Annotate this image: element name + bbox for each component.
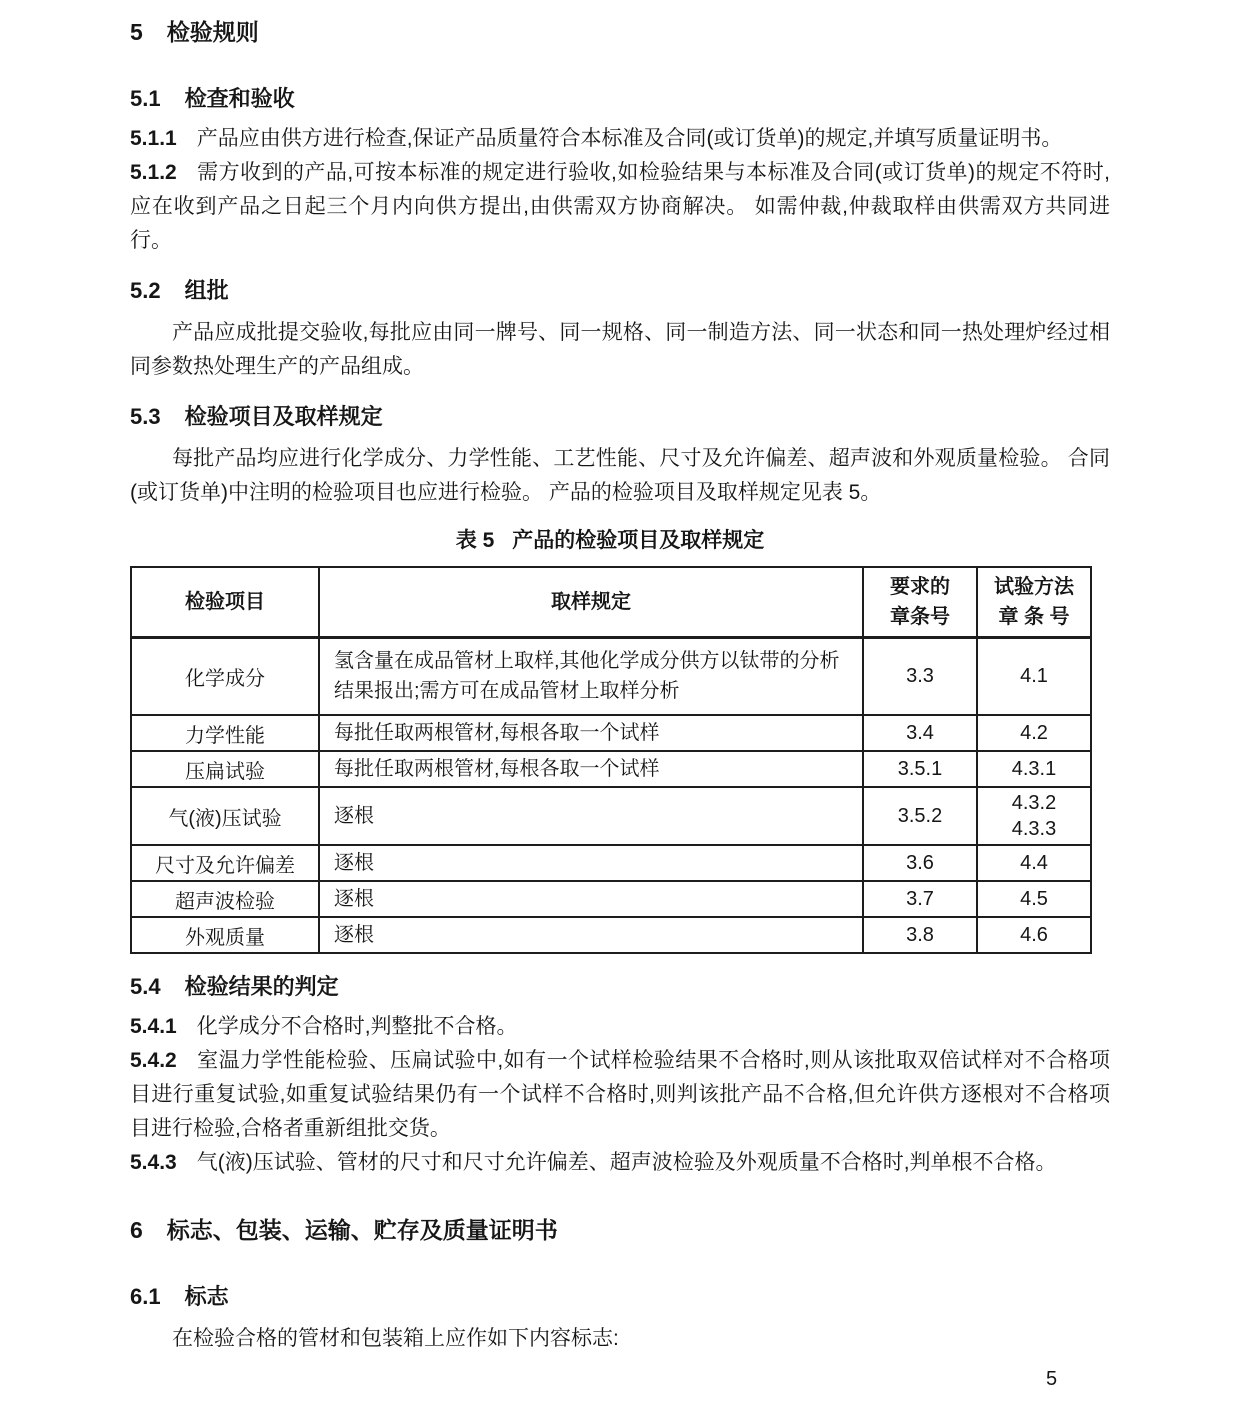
cell-method-line: 4.1: [984, 663, 1084, 689]
clause-5-4-2: 5.4.2室温力学性能检验、压扁试验中,如有一个试样检验结果不合格时,则从该批取…: [130, 1044, 1110, 1146]
cell-item: 力学性能: [131, 715, 319, 751]
cell-method: 4.6: [977, 917, 1091, 953]
page-number: 5: [1046, 1368, 1057, 1391]
clause-5-1-2-text: 需方收到的产品,可按本标准的规定进行验收,如检验结果与本标准及合同(或订货单)的…: [130, 161, 1110, 252]
cell-method: 4.2: [977, 715, 1091, 751]
cell-item: 压扁试验: [131, 751, 319, 787]
cell-method: 4.4: [977, 845, 1091, 881]
table-row: 化学成分 氢含量在成品管材上取样,其他化学成分供方以钛带的分析结果报出;需方可在…: [131, 637, 1091, 715]
cell-method: 4.3.1: [977, 751, 1091, 787]
section-6-title: 标志、包装、运输、贮存及质量证明书: [167, 1217, 558, 1243]
table-row: 压扁试验 每批任取两根管材,每根各取一个试样 3.5.1 4.3.1: [131, 751, 1091, 787]
section-5-2-heading: 5.2组批: [130, 276, 1110, 306]
cell-method-line: 4.3.2: [984, 790, 1084, 816]
section-5-title: 检验规则: [167, 19, 259, 45]
cell-method-line: 4.5: [984, 886, 1084, 912]
section-5-1-title: 检查和验收: [185, 86, 295, 111]
clause-5-4-1-number: 5.4.1: [130, 1010, 177, 1044]
clause-5-4-2-number: 5.4.2: [130, 1044, 177, 1078]
cell-sampling: 逐根: [319, 917, 863, 953]
table-row: 超声波检验 逐根 3.7 4.5: [131, 881, 1091, 917]
header-requirement-line-1: 要求的: [870, 572, 970, 602]
cell-requirement: 3.5.1: [863, 751, 977, 787]
section-5-3-heading: 5.3检验项目及取样规定: [130, 402, 1110, 432]
header-method-line-2: 章 条 号: [984, 602, 1084, 632]
table-5-caption-title: 产品的检验项目及取样规定: [512, 529, 764, 552]
cell-method: 4.3.24.3.3: [977, 787, 1091, 845]
section-5-3-paragraph: 每批产品均应进行化学成分、力学性能、工艺性能、尺寸及允许偏差、超声波和外观质量检…: [130, 442, 1110, 510]
cell-sampling: 逐根: [319, 881, 863, 917]
cell-requirement: 3.5.2: [863, 787, 977, 845]
table-5-header: 检验项目 取样规定 要求的章条号 试验方法章 条 号: [131, 567, 1091, 637]
clause-5-1-1-text: 产品应由供方进行检查,保证产品质量符合本标准及合同(或订货单)的规定,并填写质量…: [197, 127, 1063, 150]
table-5-body: 化学成分 氢含量在成品管材上取样,其他化学成分供方以钛带的分析结果报出;需方可在…: [131, 637, 1091, 953]
section-5-heading: 5检验规则: [130, 16, 1110, 48]
document-page: 5检验规则 5.1检查和验收 5.1.1产品应由供方进行检查,保证产品质量符合本…: [0, 0, 1240, 1411]
section-6-1-title: 标志: [185, 1284, 229, 1309]
table-row: 力学性能 每批任取两根管材,每根各取一个试样 3.4 4.2: [131, 715, 1091, 751]
table-header-row: 检验项目 取样规定 要求的章条号 试验方法章 条 号: [131, 567, 1091, 637]
table-5: 检验项目 取样规定 要求的章条号 试验方法章 条 号 化学成分 氢含量在成品管材…: [130, 566, 1092, 954]
section-5-1-heading: 5.1检查和验收: [130, 84, 1110, 114]
cell-method-line: 4.2: [984, 720, 1084, 746]
clause-5-1-1-number: 5.1.1: [130, 122, 177, 156]
header-cell-test-method: 试验方法章 条 号: [977, 567, 1091, 637]
cell-requirement: 3.7: [863, 881, 977, 917]
cell-method-line: 4.3.3: [984, 816, 1084, 842]
clause-5-4-2-text: 室温力学性能检验、压扁试验中,如有一个试样检验结果不合格时,则从该批取双倍试样对…: [130, 1049, 1110, 1140]
table-5-caption: 表 5产品的检验项目及取样规定: [130, 526, 1090, 556]
header-cell-requirement: 要求的章条号: [863, 567, 977, 637]
cell-method-line: 4.6: [984, 922, 1084, 948]
cell-sampling: 逐根: [319, 845, 863, 881]
cell-requirement: 3.6: [863, 845, 977, 881]
section-5-3-number: 5.3: [130, 402, 161, 432]
cell-requirement: 3.8: [863, 917, 977, 953]
header-method-line-1: 试验方法: [984, 572, 1084, 602]
section-5-2-paragraph: 产品应成批提交验收,每批应由同一牌号、同一规格、同一制造方法、同一状态和同一热处…: [130, 316, 1110, 384]
header-cell-item: 检验项目: [131, 567, 319, 637]
section-5-4-heading: 5.4检验结果的判定: [130, 972, 1110, 1002]
clause-5-4-1: 5.4.1化学成分不合格时,判整批不合格。: [130, 1010, 1110, 1044]
cell-sampling: 氢含量在成品管材上取样,其他化学成分供方以钛带的分析结果报出;需方可在成品管材上…: [319, 637, 863, 715]
cell-item: 气(液)压试验: [131, 787, 319, 845]
cell-sampling: 每批任取两根管材,每根各取一个试样: [319, 751, 863, 787]
header-requirement-line-2: 章条号: [870, 602, 970, 632]
cell-item: 尺寸及允许偏差: [131, 845, 319, 881]
table-row: 尺寸及允许偏差 逐根 3.6 4.4: [131, 845, 1091, 881]
header-cell-sampling: 取样规定: [319, 567, 863, 637]
section-5-number: 5: [130, 16, 143, 48]
section-5-1-number: 5.1: [130, 84, 161, 114]
section-5-3-title: 检验项目及取样规定: [185, 404, 383, 429]
clause-5-4-3-number: 5.4.3: [130, 1146, 177, 1180]
section-6-1-number: 6.1: [130, 1282, 161, 1312]
clause-5-4-3-text: 气(液)压试验、管材的尺寸和尺寸允许偏差、超声波检验及外观质量不合格时,判单根不…: [197, 1151, 1057, 1174]
cell-requirement: 3.3: [863, 637, 977, 715]
section-6-number: 6: [130, 1214, 143, 1246]
section-5-2-title: 组批: [185, 278, 229, 303]
section-6-1-heading: 6.1标志: [130, 1282, 1110, 1312]
cell-item: 外观质量: [131, 917, 319, 953]
section-6-heading: 6标志、包装、运输、贮存及质量证明书: [130, 1214, 1110, 1246]
table-5-caption-label: 表 5: [456, 529, 495, 552]
cell-method-line: 4.3.1: [984, 756, 1084, 782]
cell-sampling: 每批任取两根管材,每根各取一个试样: [319, 715, 863, 751]
section-5-4-number: 5.4: [130, 972, 161, 1002]
clause-5-4-3: 5.4.3气(液)压试验、管材的尺寸和尺寸允许偏差、超声波检验及外观质量不合格时…: [130, 1146, 1110, 1180]
cell-item: 化学成分: [131, 637, 319, 715]
cell-method: 4.1: [977, 637, 1091, 715]
table-row: 气(液)压试验 逐根 3.5.2 4.3.24.3.3: [131, 787, 1091, 845]
section-5-4-title: 检验结果的判定: [185, 974, 339, 999]
clause-5-1-2: 5.1.2需方收到的产品,可按本标准的规定进行验收,如检验结果与本标准及合同(或…: [130, 156, 1110, 258]
clause-5-1-2-number: 5.1.2: [130, 156, 177, 190]
cell-item: 超声波检验: [131, 881, 319, 917]
clause-5-1-1: 5.1.1产品应由供方进行检查,保证产品质量符合本标准及合同(或订货单)的规定,…: [130, 122, 1110, 156]
table-row: 外观质量 逐根 3.8 4.6: [131, 917, 1091, 953]
cell-method-line: 4.4: [984, 850, 1084, 876]
clause-5-4-1-text: 化学成分不合格时,判整批不合格。: [197, 1015, 518, 1038]
cell-sampling: 逐根: [319, 787, 863, 845]
section-5-2-number: 5.2: [130, 276, 161, 306]
cell-requirement: 3.4: [863, 715, 977, 751]
cell-method: 4.5: [977, 881, 1091, 917]
section-6-1-paragraph: 在检验合格的管材和包装箱上应作如下内容标志:: [130, 1322, 1110, 1356]
